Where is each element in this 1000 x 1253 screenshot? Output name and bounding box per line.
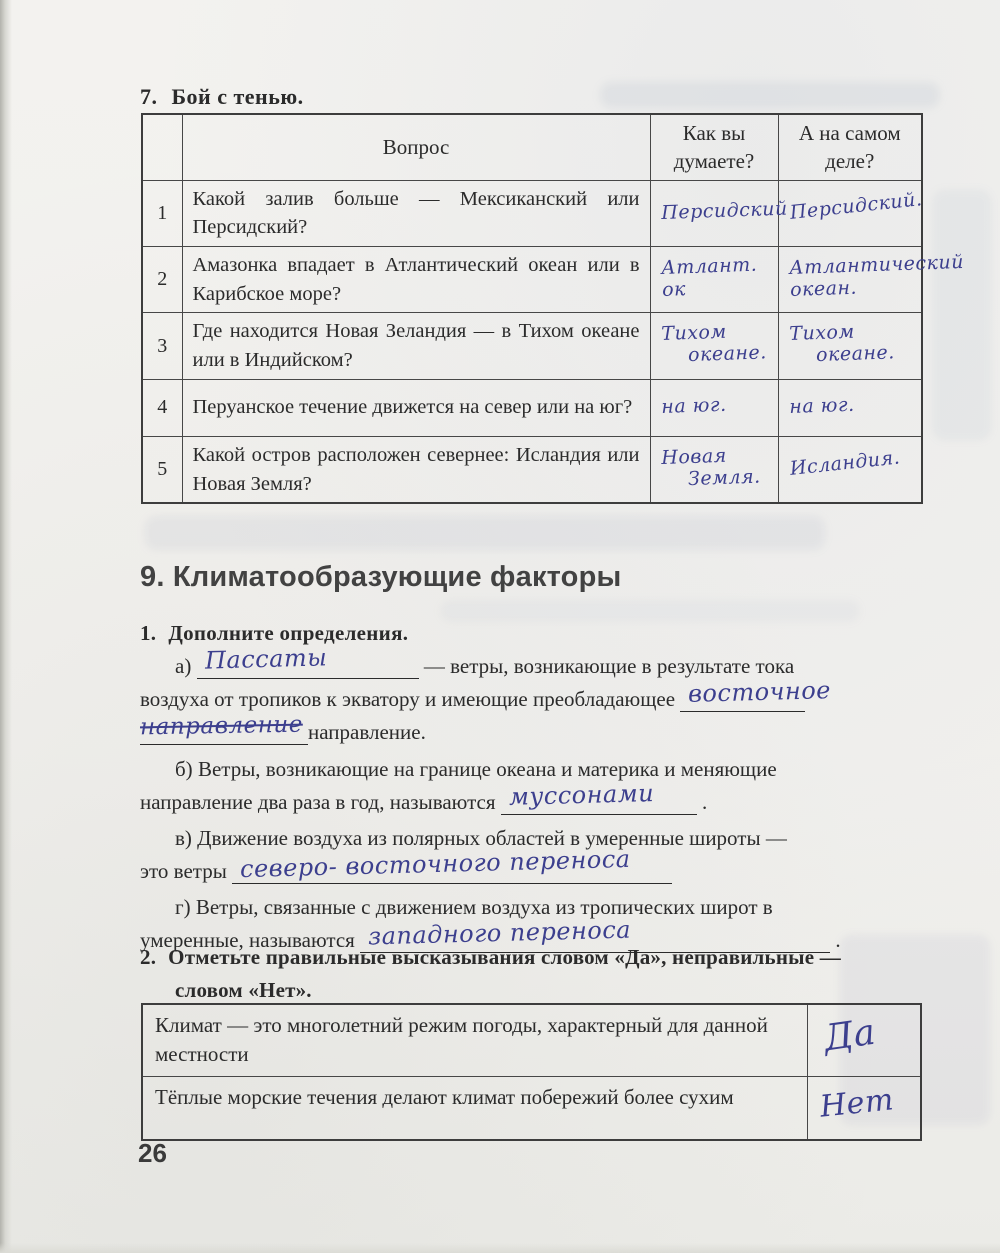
handwritten-actual: Исландия. <box>789 447 901 480</box>
blank-b: муссонами <box>501 788 697 815</box>
section9-title: Климатообразующие факторы <box>173 561 622 593</box>
question-text: Какой остров расположен севернее: Исланд… <box>182 436 650 503</box>
yes-no-table: Климат — это многолетний режим погоды, х… <box>141 1003 922 1141</box>
yesno-row-2: Тёплые морские течения делают климат поб… <box>142 1076 921 1140</box>
exercise-2-title: 2.Отметьте правильные высказывания слово… <box>140 941 950 1007</box>
definition-b-line2: направление два раза в год, называются м… <box>140 786 960 819</box>
handwritten-actual: Атлантический океан. <box>789 252 965 302</box>
handwritten-vostochnoe: восточное <box>688 674 832 711</box>
handwritten-actual: Персидский. <box>789 189 923 225</box>
section7-title: Бой с тенью. <box>172 84 304 109</box>
handwritten-guess: Атлант. ок <box>661 254 769 301</box>
item-b-label: б) <box>175 757 193 781</box>
handwritten-passaty: Пассаты <box>204 641 327 677</box>
ink-bleedthrough-smudge <box>145 516 825 550</box>
item-g-label: г) <box>175 895 191 919</box>
question-text: Амазонка впадает в Атлантический океан и… <box>182 247 650 313</box>
handwritten-mussonami: муссонами <box>508 777 654 814</box>
handwritten-guess: Персидский <box>661 198 788 224</box>
quiz-header-guess: Как вы думаете? <box>650 114 778 180</box>
quiz-row-3: 3 Где находится Новая Зеландия — в Тихом… <box>142 313 922 379</box>
row-number: 4 <box>142 379 182 436</box>
row-number: 1 <box>142 180 182 246</box>
row-number: 3 <box>142 313 182 379</box>
statement-text: Тёплые морские течения делают климат поб… <box>142 1076 807 1140</box>
section7-heading: 7.Бой с тенью. <box>140 84 304 110</box>
quiz-row-4: 4 Перуанское течение движется на север и… <box>142 379 922 436</box>
row-number: 5 <box>142 436 182 503</box>
blank-a1: Пассаты <box>197 652 419 679</box>
ink-bleedthrough-smudge <box>933 190 991 440</box>
scan-left-edge <box>0 0 12 1253</box>
handwritten-actual: на юг. <box>789 395 855 419</box>
item-v-label: в) <box>175 826 192 850</box>
blank-a2: восточное <box>680 685 805 712</box>
ink-bleedthrough-smudge <box>600 82 940 108</box>
quiz-row-1: 1 Какой залив больше — Мексиканский или … <box>142 180 922 246</box>
item-a-label: а) <box>175 654 191 678</box>
quiz-header-empty <box>142 114 182 180</box>
exercise-1: 1.Дополните определения. а) Пассаты — ве… <box>140 617 960 957</box>
handwritten-actual: Тихомокеане. <box>789 321 895 368</box>
quiz-row-5: 5 Какой остров расположен севернее: Исла… <box>142 436 922 503</box>
quiz-header-question: Вопрос <box>182 114 650 180</box>
definition-v-line2: это ветры северо- восточного переноса <box>140 855 960 888</box>
quiz-table: Вопрос Как вы думаете? А на самом деле? … <box>141 113 923 504</box>
question-text: Перуанское течение движется на север или… <box>182 379 650 436</box>
definition-a-line1: а) Пассаты — ветры, возникающие в резуль… <box>140 650 960 683</box>
workbook-page-scan: 7.Бой с тенью. Вопрос Как вы думаете? А … <box>0 0 1000 1253</box>
question-text: Где находится Новая Зеландия — в Тихом о… <box>182 313 650 379</box>
quiz-header-actual: А на самом деле? <box>778 114 922 180</box>
section7-number: 7. <box>140 84 158 109</box>
crossed-out-word: направление <box>140 718 308 745</box>
handwritten-net: Нет <box>818 1079 896 1128</box>
yesno-row-1: Климат — это многолетний режим погоды, х… <box>142 1004 921 1076</box>
page-number: 26 <box>138 1138 167 1169</box>
handwritten-guess: НоваяЗемля. <box>661 444 761 491</box>
handwritten-guess: на юг. <box>661 395 727 419</box>
question-text: Какой залив больше — Мексиканский или Пе… <box>182 180 650 246</box>
section9-number: 9. <box>140 561 165 593</box>
scan-bottom-edge <box>0 1243 1000 1253</box>
section9-heading: 9. Климатообразующие факторы <box>140 561 621 594</box>
statement-text: Климат — это многолетний режим погоды, х… <box>142 1004 807 1076</box>
handwritten-da: Да <box>820 1008 878 1065</box>
handwritten-guess: Тихомокеане. <box>661 321 767 368</box>
definition-a-line3: направлениенаправление. <box>140 716 960 749</box>
quiz-row-2: 2 Амазонка впадает в Атлантический океан… <box>142 247 922 313</box>
blank-v: северо- восточного переноса <box>232 857 672 884</box>
row-number: 2 <box>142 247 182 313</box>
